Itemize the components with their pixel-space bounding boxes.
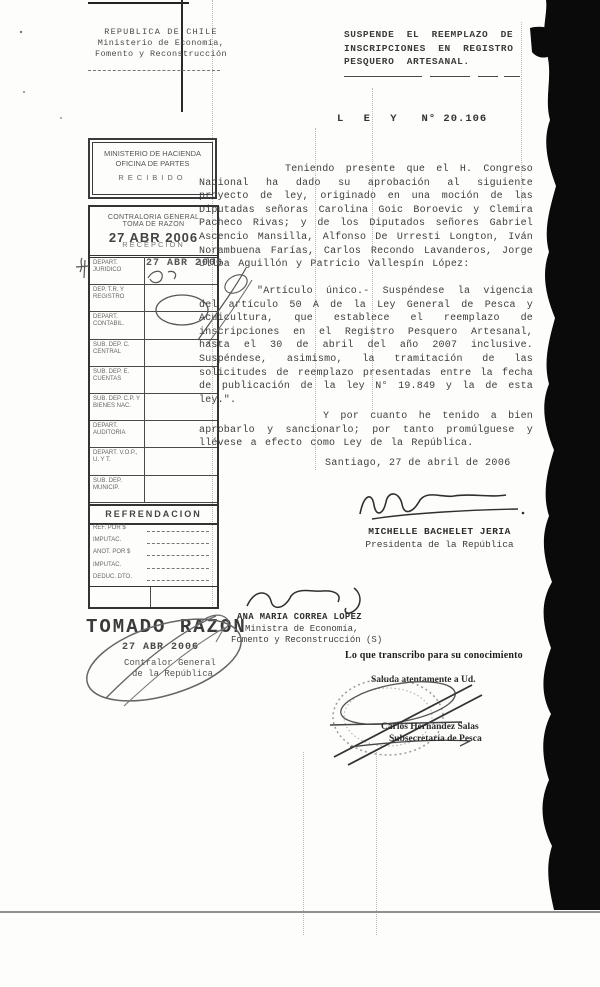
scan-black-edge: [0, 0, 600, 987]
scan-bottom-line: [0, 911, 600, 913]
scanned-law-document: REPUBLICA DE CHILE Ministerio de Economí…: [0, 0, 600, 987]
